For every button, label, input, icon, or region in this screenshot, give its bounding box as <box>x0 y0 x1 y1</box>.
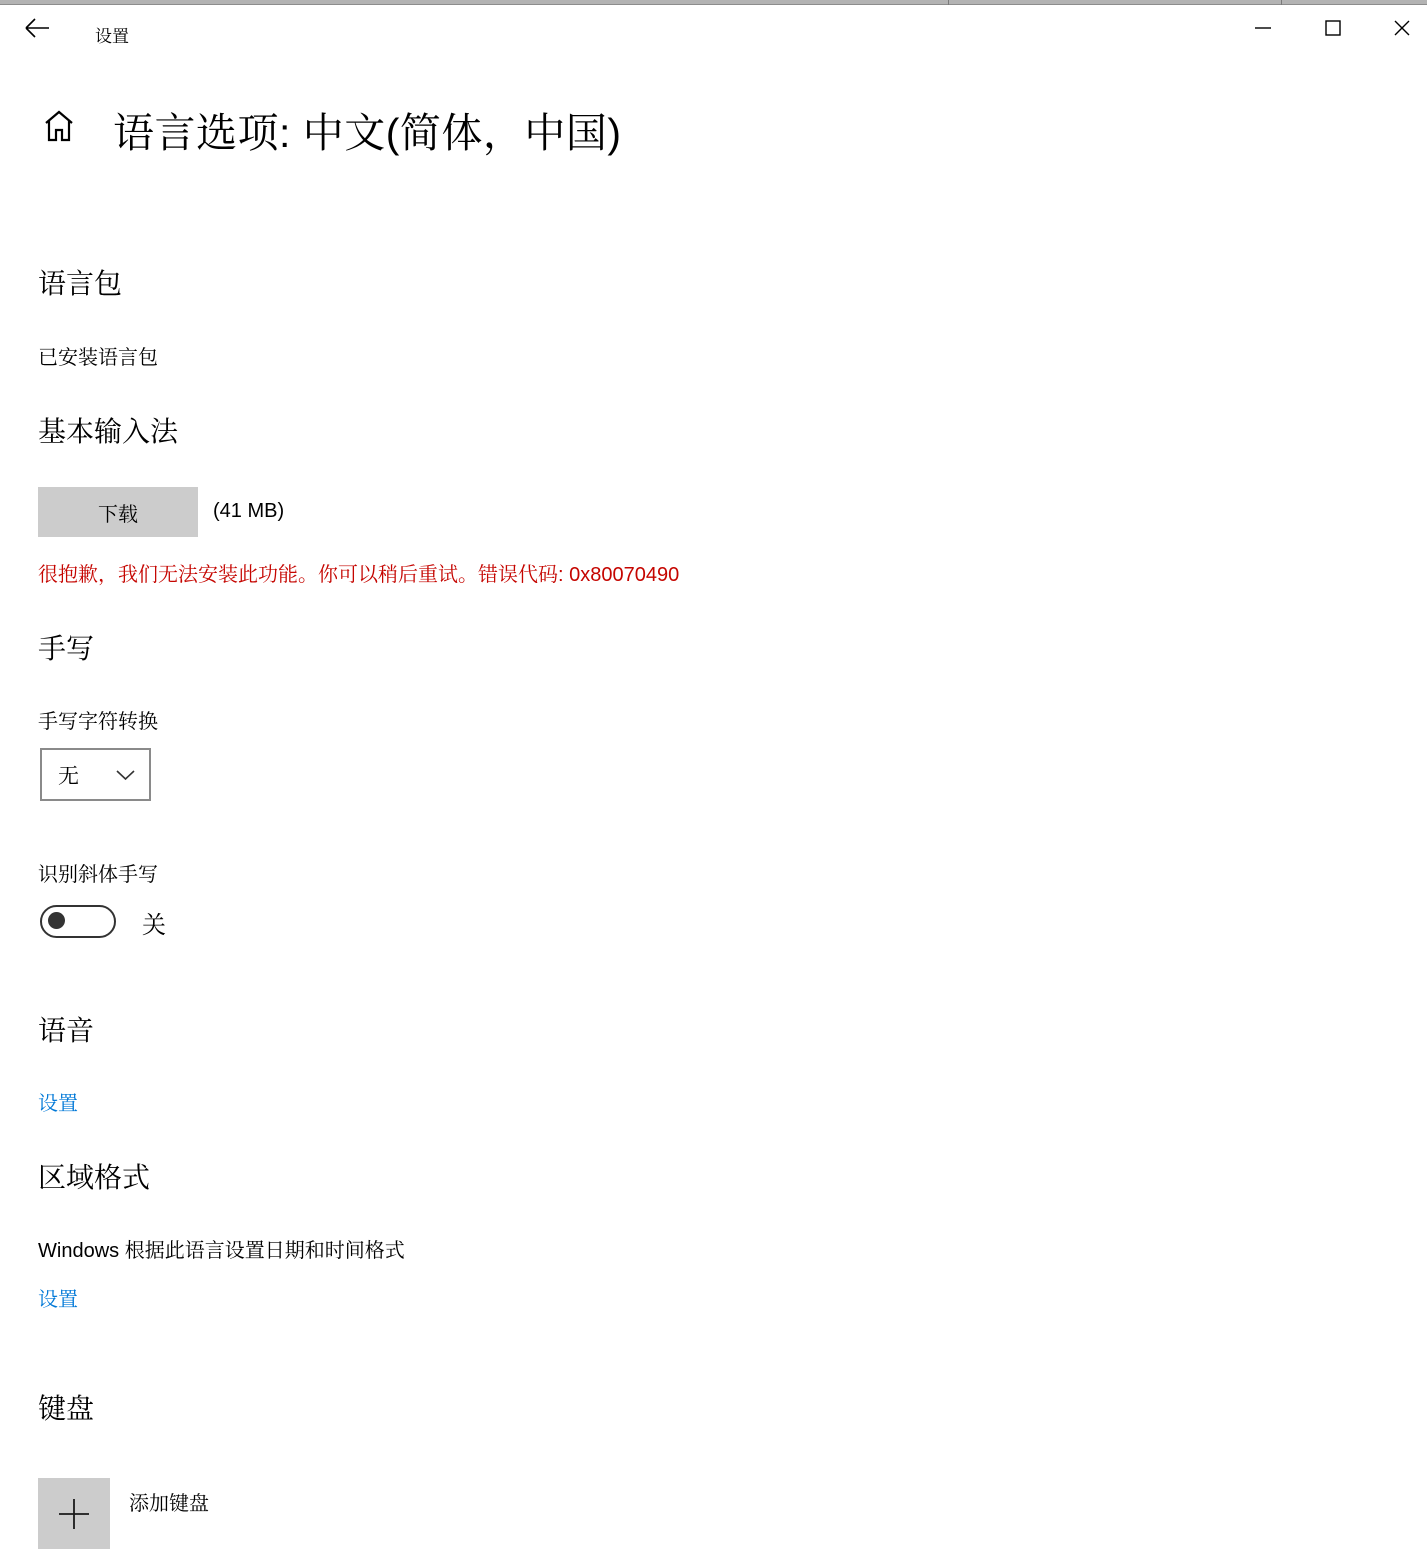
keyboard-heading: 键盘 <box>38 1387 94 1427</box>
plus-icon <box>38 1478 110 1549</box>
toggle-knob <box>48 912 65 929</box>
language-pack-status: 已安装语言包 <box>38 341 158 370</box>
download-size-label: (41 MB) <box>213 500 284 523</box>
language-pack-heading: 语言包 <box>38 262 122 302</box>
install-error-message: 很抱歉，我们无法安装此功能。你可以稍后重试。错误代码: 0x80070490 <box>38 558 679 587</box>
basic-typing-heading: 基本输入法 <box>38 410 178 450</box>
regional-format-settings-link[interactable]: 设置 <box>38 1283 78 1312</box>
top-window-edge <box>0 0 1427 5</box>
chevron-down-icon <box>116 769 149 781</box>
close-icon <box>1392 18 1412 38</box>
italic-handwriting-label: 识别斜体手写 <box>38 858 158 887</box>
maximize-icon <box>1323 18 1343 38</box>
top-edge-divider <box>1281 0 1282 5</box>
add-keyboard-button[interactable]: 添加键盘 <box>38 1478 209 1549</box>
speech-settings-link[interactable]: 设置 <box>38 1087 78 1116</box>
toggle-state-label: 关 <box>142 905 166 940</box>
regional-format-heading: 区域格式 <box>38 1156 150 1196</box>
back-button[interactable] <box>20 12 54 44</box>
download-button[interactable]: 下载 <box>38 487 198 537</box>
handwriting-conversion-dropdown[interactable]: 无 <box>40 748 151 801</box>
speech-heading: 语音 <box>38 1009 94 1049</box>
close-button[interactable] <box>1379 10 1425 46</box>
back-arrow-icon <box>24 17 50 39</box>
home-icon <box>44 109 74 143</box>
italic-handwriting-toggle[interactable] <box>40 905 116 938</box>
regional-format-description: Windows 根据此语言设置日期和时间格式 <box>38 1234 405 1263</box>
add-keyboard-label: 添加键盘 <box>129 1487 209 1549</box>
dropdown-selected-value: 无 <box>42 760 116 790</box>
minimize-button[interactable] <box>1240 10 1286 46</box>
download-button-label: 下载 <box>98 498 138 527</box>
handwriting-heading: 手写 <box>38 627 94 667</box>
app-title: 设置 <box>95 22 129 47</box>
handwriting-conversion-label: 手写字符转换 <box>38 705 158 734</box>
maximize-button[interactable] <box>1310 10 1356 46</box>
top-edge-divider <box>948 0 949 5</box>
minimize-icon <box>1253 18 1273 38</box>
page-title: 语言选项: 中文(简体，中国) <box>113 100 622 159</box>
